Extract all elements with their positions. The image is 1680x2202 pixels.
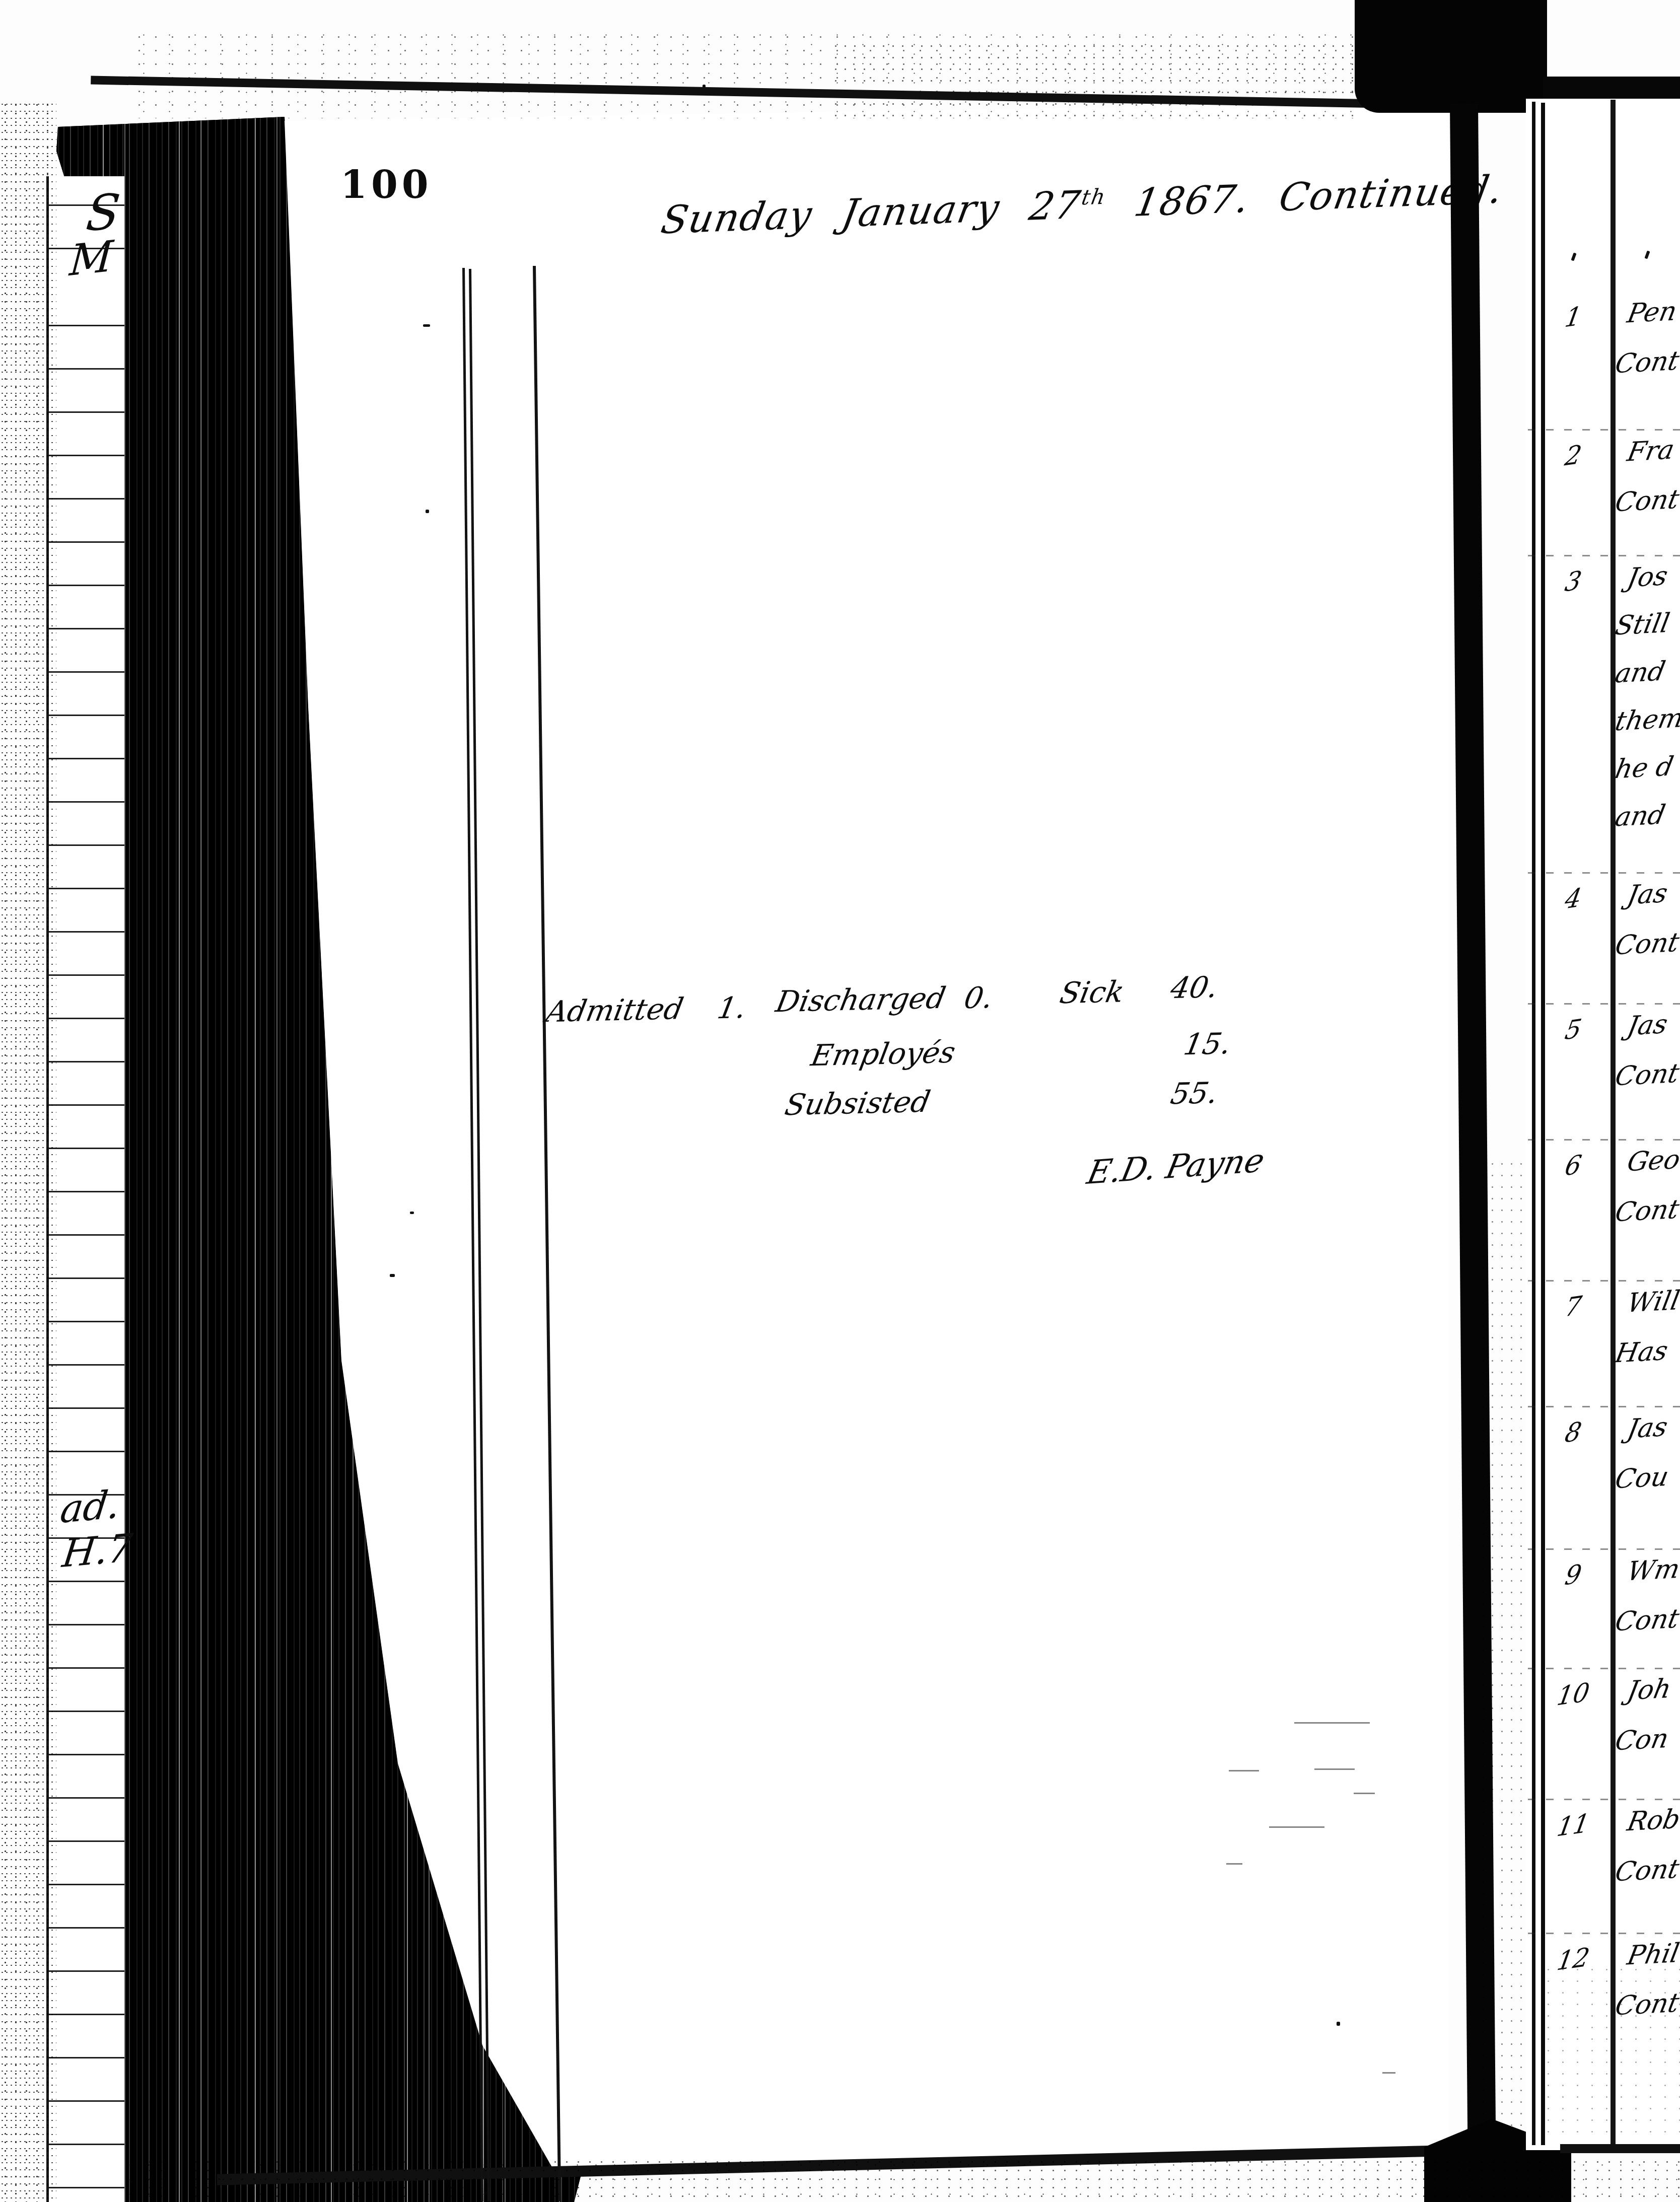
left-margin-ruled-strip — [46, 176, 124, 2202]
margin-fragment-letter: M — [68, 231, 114, 286]
entry-text-fragment: he d — [1613, 751, 1676, 785]
right-page-curl-edge-line — [1532, 102, 1535, 2145]
bleed-dash — [1229, 1770, 1259, 1771]
spine-top-block — [1355, 0, 1547, 113]
ink-fleck — [390, 1274, 395, 1277]
summary-subsisted-label: Subsisted — [782, 1084, 933, 1122]
bleed-dash — [1226, 1863, 1242, 1865]
bleed-dash — [1294, 1722, 1370, 1724]
entry-separator-dashed-line — [1528, 1139, 1680, 1141]
entry-separator-dashed-line — [1528, 555, 1680, 556]
entry-separator-dashed-line — [1528, 1406, 1680, 1407]
entry-text-fragment: and — [1613, 656, 1667, 689]
summary-sick-value: 40. — [1168, 970, 1221, 1005]
bleed-dash — [1314, 1768, 1355, 1770]
entry-text-fragment: Cont — [1613, 1987, 1680, 2021]
summary-employes-value: 15. — [1181, 1026, 1234, 1061]
summary-sick-label: Sick — [1057, 974, 1127, 1010]
entry-text-fragment: Rob — [1625, 1804, 1680, 1837]
right-page-column-rule — [1611, 100, 1616, 2150]
entry-text-fragment: Cont — [1613, 1058, 1680, 1092]
right-page-bottom-edge — [1560, 2144, 1680, 2153]
page-number: 100 — [340, 162, 433, 207]
entry-text-fragment: Cont — [1613, 1194, 1680, 1228]
summary-discharged-label: Discharged — [773, 980, 948, 1019]
entry-text-fragment: Wm — [1625, 1554, 1680, 1587]
entry-text-fragment: Phil — [1625, 1938, 1680, 1971]
right-page-top-edge — [1543, 77, 1680, 99]
entry-text-fragment: Cont — [1613, 484, 1680, 518]
entry-text-fragment: them — [1613, 703, 1680, 737]
entry-separator-dashed-line — [1528, 1003, 1680, 1005]
bleed-dash — [1354, 1793, 1375, 1794]
entry-text-fragment: Cont — [1613, 927, 1680, 961]
entry-text-fragment: Joh — [1625, 1674, 1673, 1707]
entry-text-fragment: Has — [1613, 1336, 1670, 1369]
ink-fleck — [426, 510, 429, 513]
entry-text-fragment: Jas — [1625, 878, 1670, 911]
entry-text-fragment: Geo — [1625, 1145, 1680, 1178]
entry-text-fragment: Fra — [1625, 435, 1677, 468]
summary-subsisted-value: 55. — [1168, 1076, 1221, 1111]
entry-text-fragment: Jos — [1625, 561, 1670, 594]
entry-text-fragment: Cou — [1613, 1462, 1671, 1495]
entry-text-fragment: Cont — [1613, 1854, 1680, 1887]
ink-fleck — [703, 85, 706, 91]
entry-separator-dashed-line — [1528, 872, 1680, 874]
entry-text-fragment: Pen — [1625, 296, 1679, 329]
entry-text-fragment: Cont — [1613, 345, 1680, 379]
margin-fragment-note: ad. — [58, 1481, 123, 1532]
entry-separator-dashed-line — [1528, 429, 1680, 431]
entry-text-fragment: Cont — [1613, 1603, 1680, 1637]
ink-fleck — [423, 324, 430, 327]
ink-fleck — [1337, 2022, 1340, 2026]
bleed-dash — [1382, 2072, 1395, 2074]
entry-text-fragment: Jas — [1625, 1412, 1670, 1445]
entry-text-fragment: Still — [1613, 608, 1672, 641]
margin-fragment-note: H.7 — [60, 1525, 135, 1576]
right-page-curl-edge-line — [1541, 103, 1545, 2145]
entry-separator-dashed-line — [1528, 1668, 1680, 1669]
entry-separator-dashed-line — [1528, 1933, 1680, 1934]
entry-text-fragment: and — [1613, 800, 1667, 833]
summary-admitted-label: Admitted — [543, 991, 686, 1029]
entry-separator-dashed-line — [1528, 1799, 1680, 1800]
entry-separator-dashed-line — [1528, 1548, 1680, 1550]
entry-text-fragment: Will — [1625, 1286, 1680, 1319]
entry-separator-dashed-line — [1528, 1280, 1680, 1282]
summary-employes-label: Employés — [808, 1035, 958, 1073]
ink-fleck — [410, 1212, 414, 1214]
left-page-top-edge — [91, 76, 1450, 109]
scanned-ledger-page: S M ad. H.7 100 Sunday January 27th 1867… — [0, 0, 1680, 2202]
entry-text-fragment: Jas — [1625, 1009, 1670, 1042]
gutter-shadow-band — [1450, 104, 1496, 2138]
entry-text-fragment: Con — [1613, 1724, 1671, 1757]
bleed-dash — [1269, 1826, 1324, 1828]
scan-noise-top — [131, 30, 1355, 118]
